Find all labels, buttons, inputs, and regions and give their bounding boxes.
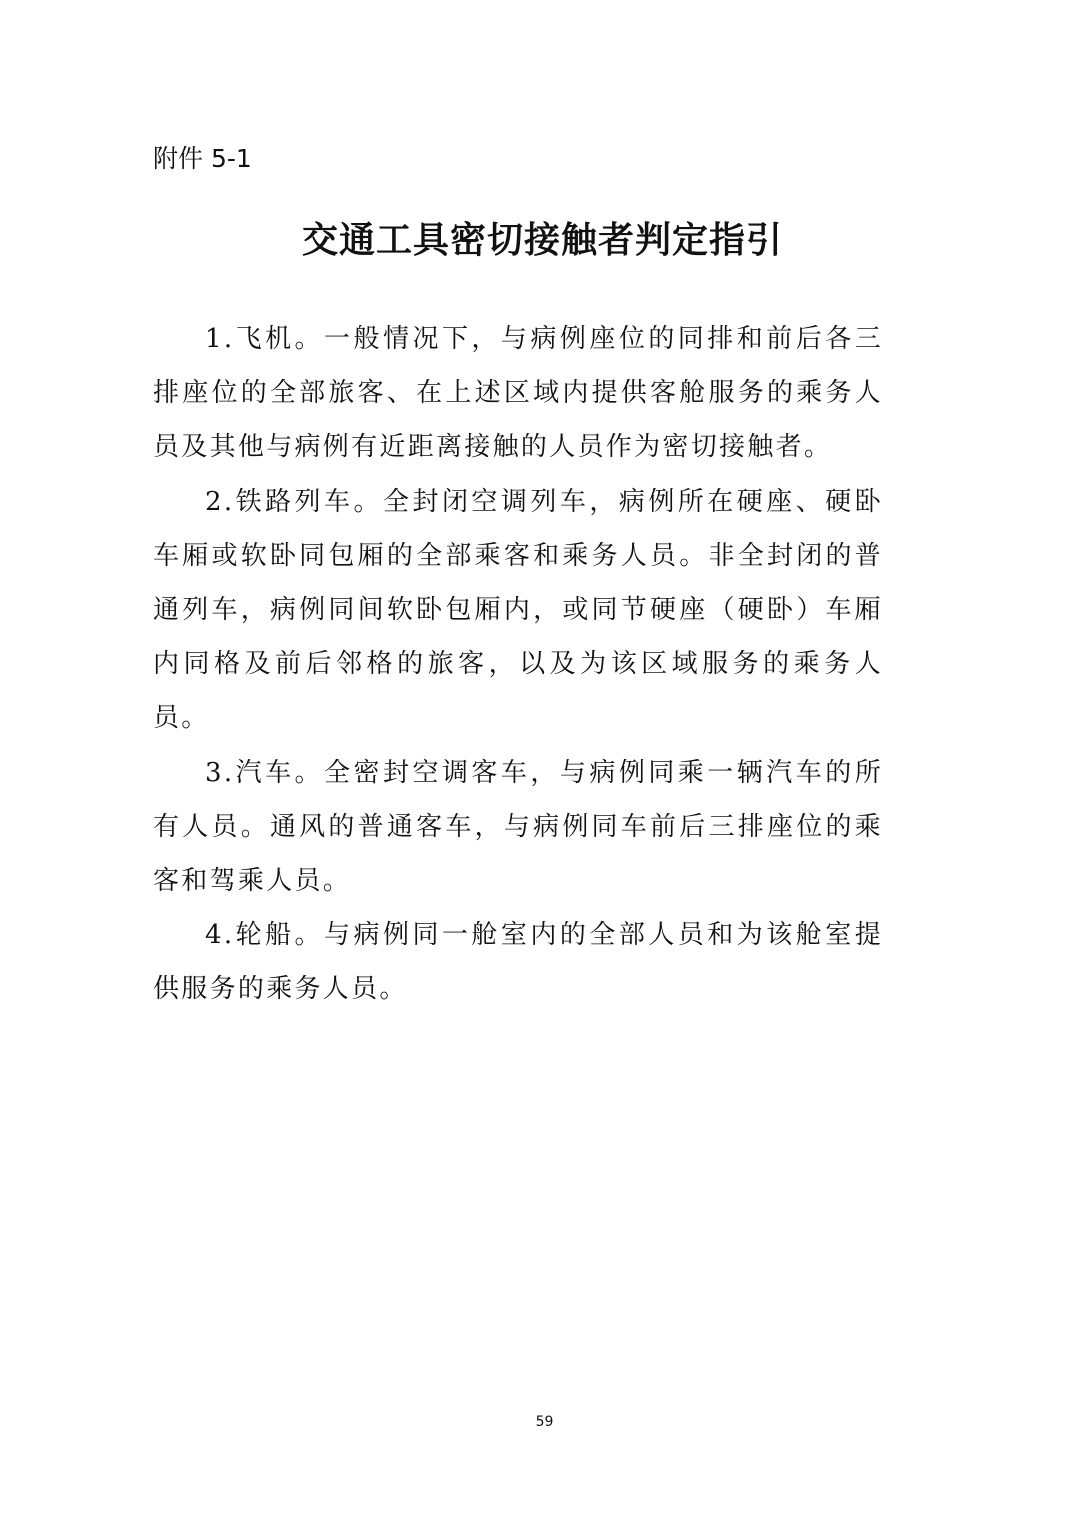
paragraph-airplane: 1.飞机。一般情况下，与病例座位的同排和前后各三排座位的全部旅客、在上述区域内提…	[153, 312, 883, 475]
page-number: 59	[0, 1412, 1075, 1432]
paragraph-automobile: 3.汽车。全密封空调客车，与病例同乘一辆汽车的所有人员。通风的普通客车，与病例同…	[153, 746, 883, 909]
document-title: 交通工具密切接触者判定指引	[0, 216, 1075, 266]
document-body: 1.飞机。一般情况下，与病例座位的同排和前后各三排座位的全部旅客、在上述区域内提…	[153, 312, 883, 1017]
attachment-label: 附件 5-1	[153, 142, 252, 176]
paragraph-ship: 4.轮船。与病例同一舱室内的全部人员和为该舱室提供服务的乘务人员。	[153, 908, 883, 1016]
paragraph-railway-train: 2.铁路列车。全封闭空调列车，病例所在硬座、硬卧车厢或软卧同包厢的全部乘客和乘务…	[153, 475, 883, 746]
